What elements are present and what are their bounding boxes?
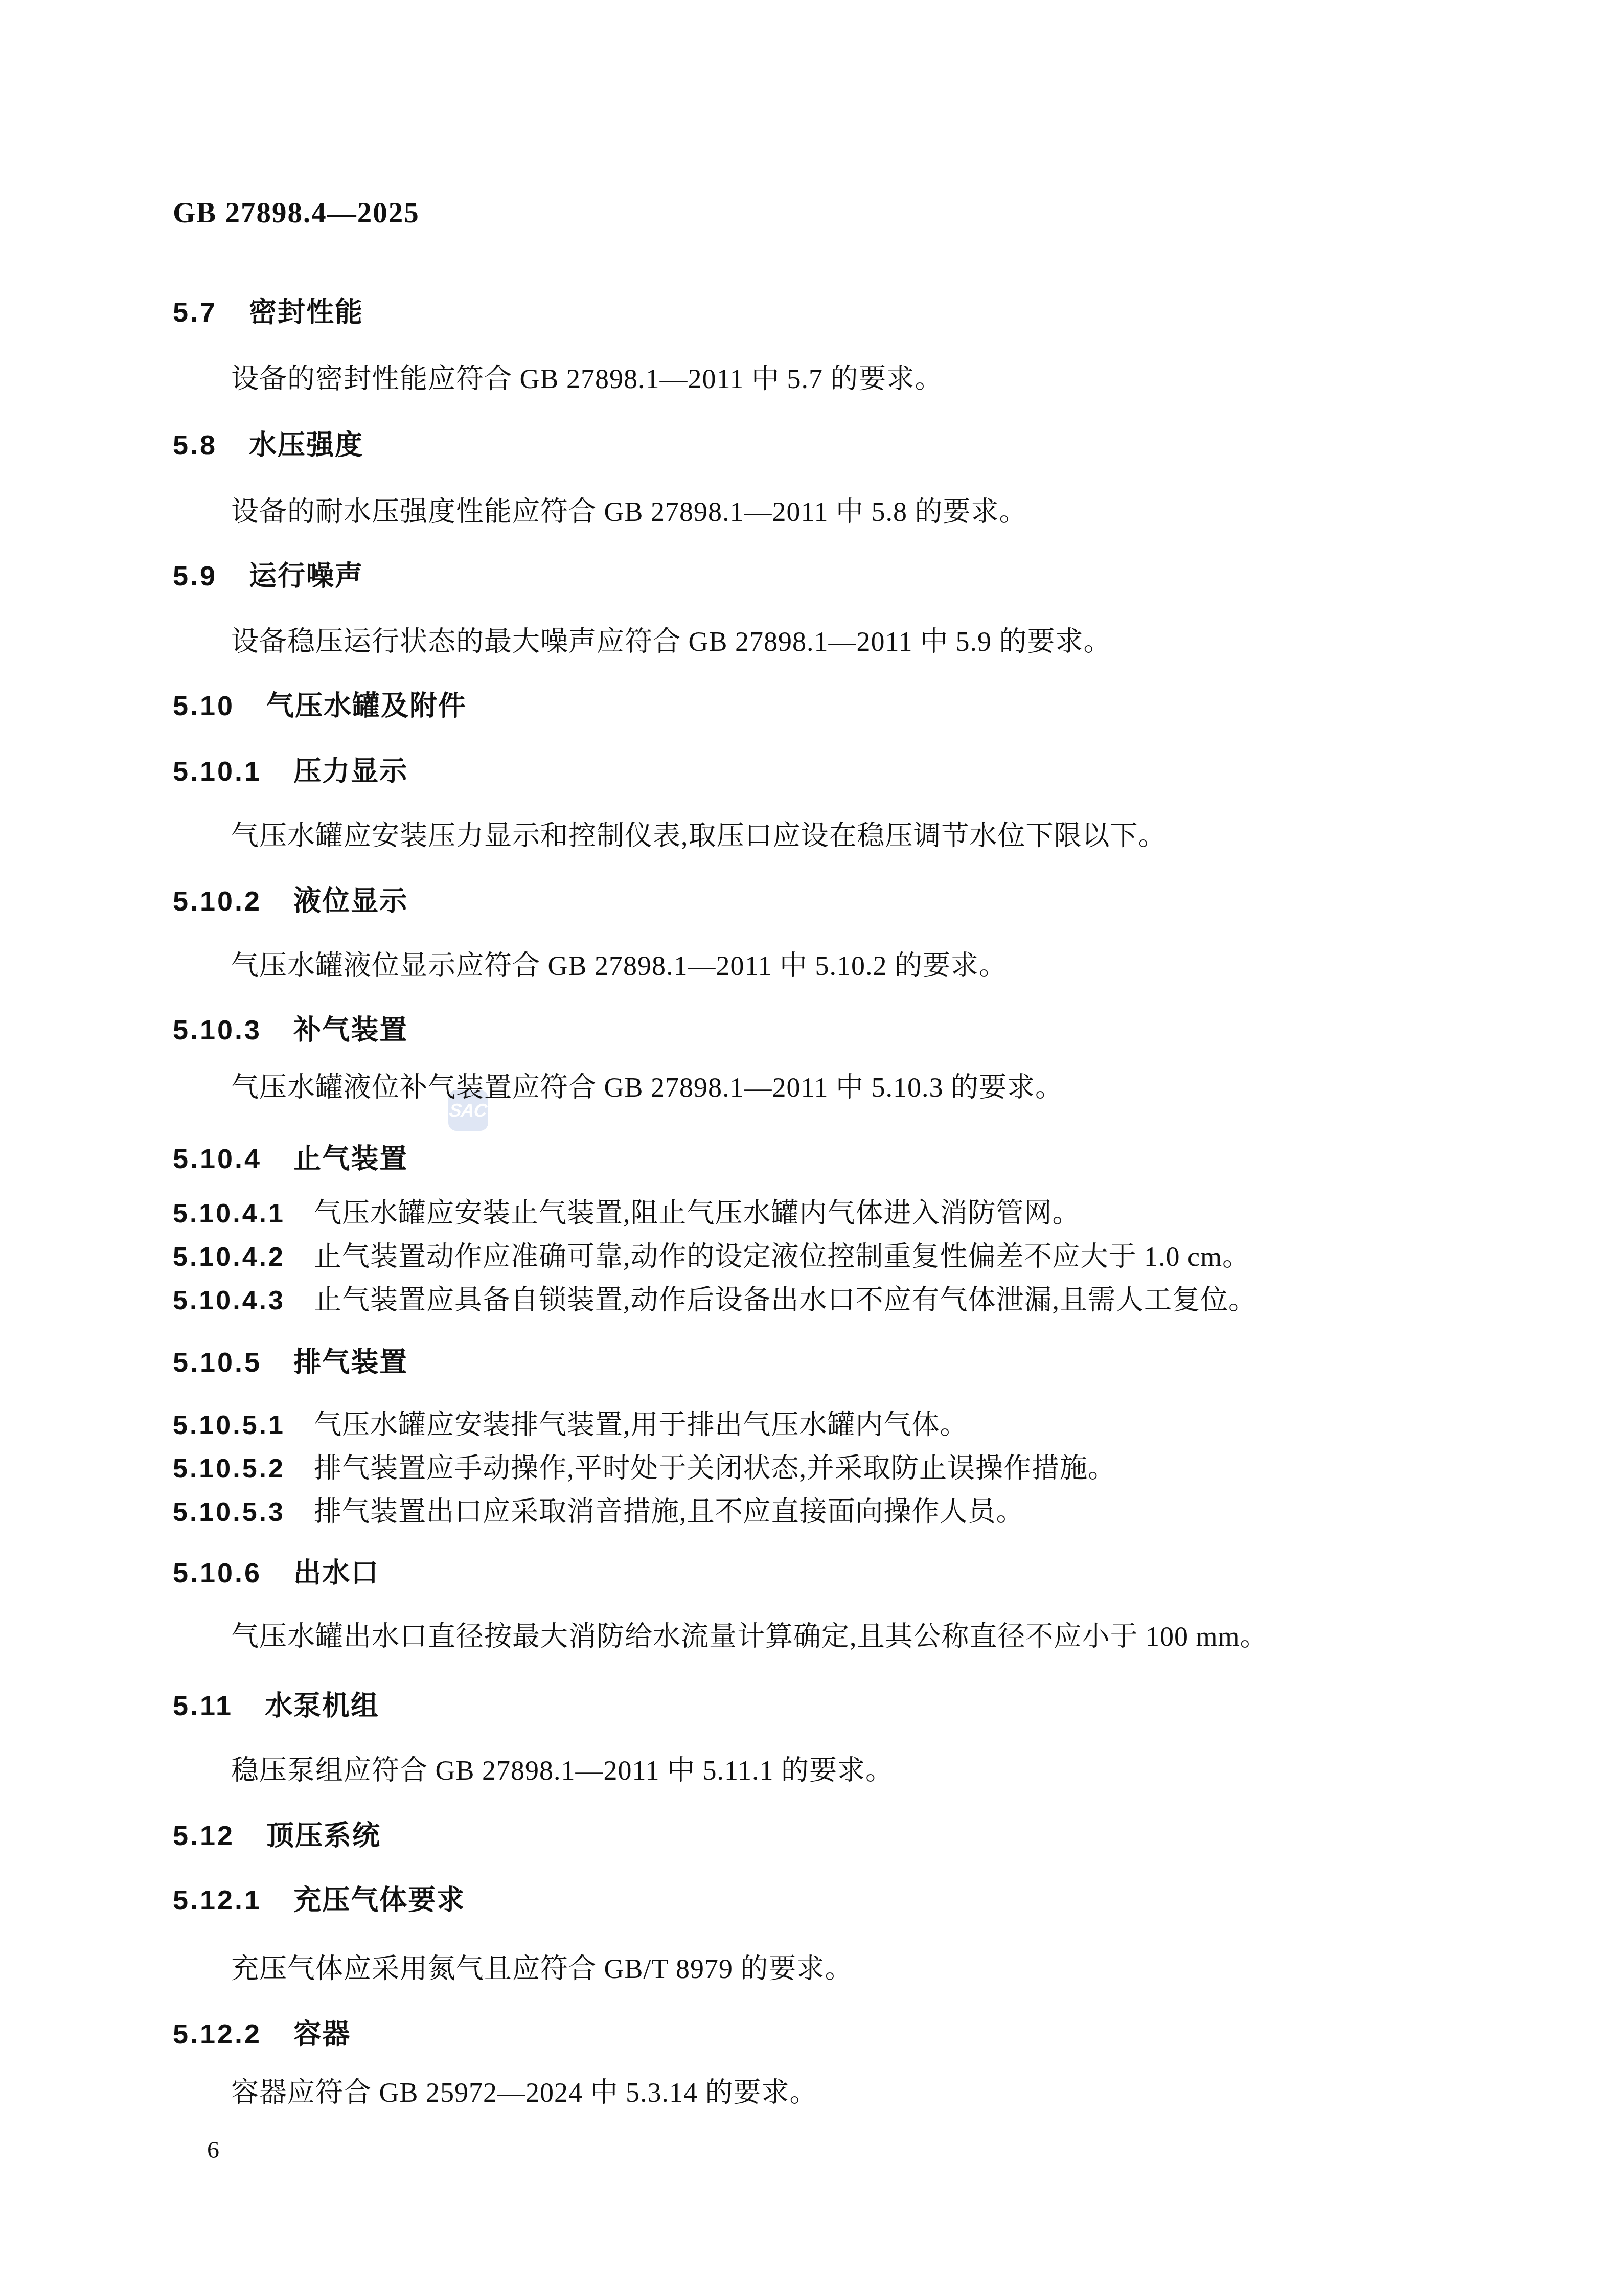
clause-number: 5.10.4.2	[173, 1242, 285, 1273]
clause-5-10-5-1: 5.10.5.1气压水罐应安装排气装置,用于排出气压水罐内气体。	[173, 1409, 968, 1441]
heading-title: 止气装置	[293, 1144, 408, 1174]
heading-number: 5.12.2	[173, 2018, 262, 2050]
paragraph-5-9: 设备稳压运行状态的最大噪声应符合 GB 27898.1—2011 中 5.9 的…	[173, 626, 1112, 657]
heading-5-10: 5.10气压水罐及附件	[173, 690, 467, 722]
heading-5-12-2: 5.12.2容器	[173, 2018, 351, 2050]
heading-5-11: 5.11水泵机组	[173, 1690, 379, 1722]
heading-5-9: 5.9运行噪声	[173, 560, 363, 592]
clause-text: 止气装置应具备自锁装置,动作后设备出水口不应有气体泄漏,且需人工复位。	[314, 1285, 1256, 1315]
clause-text: 气压水罐应安装止气装置,阻止气压水罐内气体进入消防管网。	[314, 1198, 1081, 1229]
heading-5-10-1: 5.10.1压力显示	[173, 756, 408, 787]
clause-5-10-5-2: 5.10.5.2排气装置应手动操作,平时处于关闭状态,并采取防止误操作措施。	[173, 1452, 1116, 1485]
standard-document-page: SAC GB 27898.4—2025 5.7密封性能 设备的密封性能应符合 G…	[0, 0, 1623, 2296]
heading-5-7: 5.7密封性能	[173, 297, 363, 328]
paragraph-5-10-2: 气压水罐液位显示应符合 GB 27898.1—2011 中 5.10.2 的要求…	[173, 950, 1007, 982]
paragraph-5-12-1: 充压气体应采用氮气且应符合 GB/T 8979 的要求。	[173, 1953, 853, 1985]
heading-number: 5.10.4	[173, 1143, 262, 1175]
heading-title: 气压水罐及附件	[266, 691, 467, 721]
heading-5-10-4: 5.10.4止气装置	[173, 1143, 408, 1175]
heading-number: 5.9	[173, 560, 217, 592]
paragraph-5-10-1: 气压水罐应安装压力显示和控制仪表,取压口应设在稳压调节水位下限以下。	[173, 820, 1167, 852]
clause-text: 排气装置出口应采取消音措施,且不应直接面向操作人员。	[314, 1496, 1024, 1527]
clause-text: 气压水罐应安装排气装置,用于排出气压水罐内气体。	[314, 1410, 968, 1440]
heading-number: 5.10.3	[173, 1014, 262, 1046]
clause-number: 5.10.5.1	[173, 1411, 285, 1441]
heading-5-10-2: 5.10.2液位显示	[173, 885, 408, 917]
heading-5-10-5: 5.10.5排气装置	[173, 1347, 408, 1378]
clause-number: 5.10.4.1	[173, 1199, 285, 1230]
paragraph-5-7: 设备的密封性能应符合 GB 27898.1—2011 中 5.7 的要求。	[173, 363, 943, 395]
heading-5-12-1: 5.12.1充压气体要求	[173, 1884, 465, 1916]
heading-title: 运行噪声	[249, 561, 363, 592]
heading-number: 5.12	[173, 1820, 235, 1852]
heading-5-10-3: 5.10.3补气装置	[173, 1014, 408, 1046]
heading-number: 5.7	[173, 297, 217, 328]
page-number: 6	[207, 2136, 219, 2164]
clause-5-10-5-3: 5.10.5.3排气装置出口应采取消音措施,且不应直接面向操作人员。	[173, 1496, 1024, 1528]
heading-title: 顶压系统	[266, 1821, 381, 1851]
clause-text: 排气装置应手动操作,平时处于关闭状态,并采取防止误操作措施。	[314, 1453, 1116, 1484]
clause-5-10-4-3: 5.10.4.3止气装置应具备自锁装置,动作后设备出水口不应有气体泄漏,且需人工…	[173, 1284, 1256, 1316]
heading-number: 5.10.6	[173, 1557, 262, 1589]
paragraph-5-10-6: 气压水罐出水口直径按最大消防给水流量计算确定,且其公称直径不应小于 100 mm…	[173, 1621, 1268, 1652]
standard-number-header: GB 27898.4—2025	[173, 196, 420, 230]
paragraph-5-8: 设备的耐水压强度性能应符合 GB 27898.1—2011 中 5.8 的要求。	[173, 496, 1027, 528]
paragraph-5-12-2: 容器应符合 GB 25972—2024 中 5.3.14 的要求。	[173, 2077, 818, 2108]
heading-title: 出水口	[293, 1558, 379, 1588]
heading-5-8: 5.8水压强度	[173, 429, 363, 461]
heading-title: 充压气体要求	[293, 1885, 465, 1916]
paragraph-5-10-3: 气压水罐液位补气装置应符合 GB 27898.1—2011 中 5.10.3 的…	[173, 1072, 1063, 1103]
paragraph-5-11: 稳压泵组应符合 GB 27898.1—2011 中 5.11.1 的要求。	[173, 1755, 894, 1786]
clause-5-10-4-1: 5.10.4.1气压水罐应安装止气装置,阻止气压水罐内气体进入消防管网。	[173, 1197, 1080, 1230]
heading-number: 5.8	[173, 429, 217, 461]
clause-5-10-4-2: 5.10.4.2止气装置动作应准确可靠,动作的设定液位控制重复性偏差不应大于 1…	[173, 1241, 1250, 1273]
clause-text: 止气装置动作应准确可靠,动作的设定液位控制重复性偏差不应大于 1.0 cm。	[314, 1241, 1250, 1272]
clause-number: 5.10.5.3	[173, 1497, 285, 1528]
heading-number: 5.10	[173, 690, 235, 722]
heading-number: 5.12.1	[173, 1884, 262, 1916]
heading-title: 水泵机组	[265, 1691, 379, 1721]
clause-number: 5.10.4.3	[173, 1286, 285, 1316]
heading-number: 5.10.2	[173, 885, 262, 917]
heading-title: 排气装置	[293, 1347, 408, 1378]
heading-number: 5.11	[173, 1690, 233, 1722]
heading-title: 密封性能	[249, 297, 363, 328]
clause-number: 5.10.5.2	[173, 1454, 285, 1485]
heading-5-10-6: 5.10.6出水口	[173, 1557, 379, 1589]
heading-title: 压力显示	[293, 756, 408, 787]
heading-title: 液位显示	[293, 886, 408, 917]
heading-title: 容器	[293, 2019, 351, 2050]
heading-title: 补气装置	[293, 1015, 408, 1045]
heading-title: 水压强度	[249, 430, 363, 461]
heading-number: 5.10.5	[173, 1347, 262, 1378]
heading-5-12: 5.12顶压系统	[173, 1820, 381, 1852]
heading-number: 5.10.1	[173, 756, 262, 787]
